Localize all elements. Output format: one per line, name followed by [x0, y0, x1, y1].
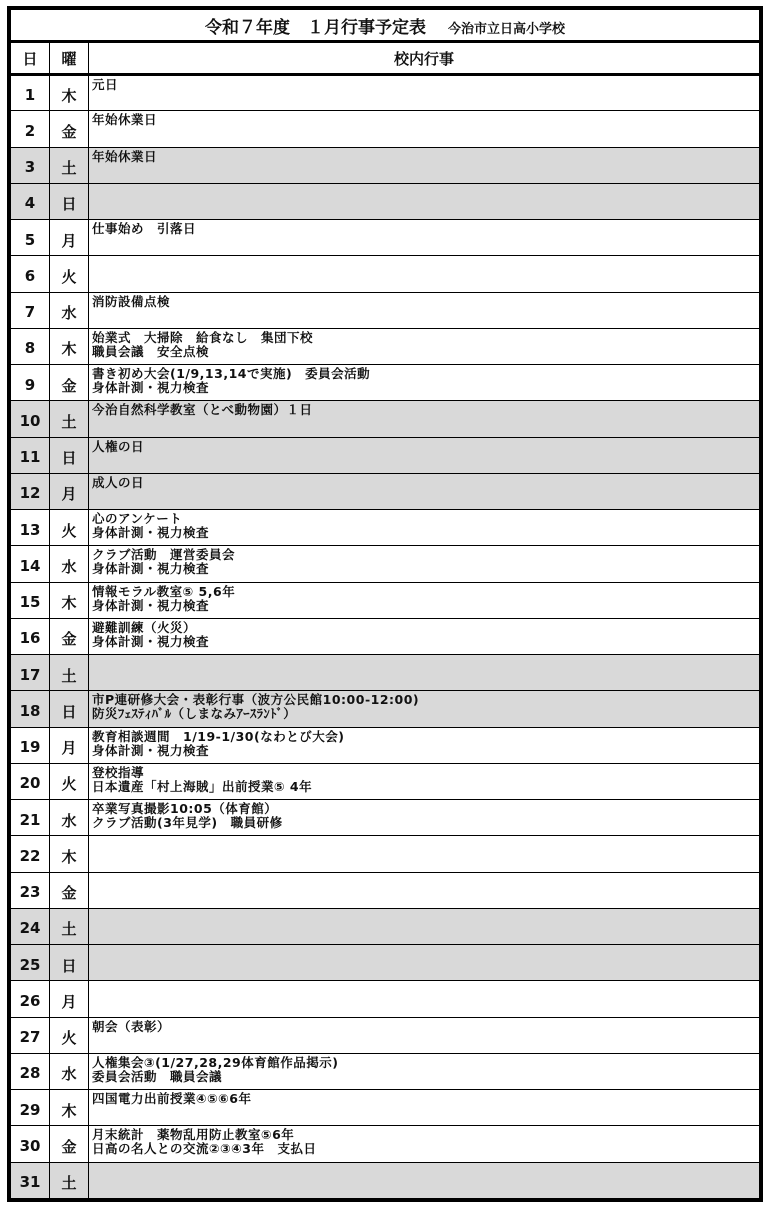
- events-cell: 消防設備点検: [89, 292, 760, 328]
- events-cell: 避難訓練（火災）身体計測・視力検査: [89, 618, 760, 654]
- table-row: 14水クラブ活動 運営委員会身体計測・視力検査: [11, 546, 760, 582]
- table-row: 9金書き初め大会(1/9,13,14で実施) 委員会活動身体計測・視力検査: [11, 365, 760, 401]
- event-line: 登校指導: [92, 766, 759, 780]
- table-row: 1木元日: [11, 75, 760, 111]
- day-number: 18: [11, 691, 50, 727]
- events-cell: [89, 183, 760, 219]
- day-number: 25: [11, 945, 50, 981]
- day-number: 14: [11, 546, 50, 582]
- event-line: クラブ活動 運営委員会: [92, 548, 759, 562]
- events-cell: 書き初め大会(1/9,13,14で実施) 委員会活動身体計測・視力検査: [89, 365, 760, 401]
- day-number: 8: [11, 328, 50, 364]
- events-cell: 朝会（表彰）: [89, 1017, 760, 1053]
- events-cell: 成人の日: [89, 473, 760, 509]
- title-row: 令和７年度 １月行事予定表今治市立日高小学校: [11, 10, 760, 42]
- weekday: 火: [50, 763, 89, 799]
- event-line: 身体計測・視力検査: [92, 635, 759, 649]
- weekday: 木: [50, 328, 89, 364]
- weekday: 木: [50, 75, 89, 111]
- school-name: 今治市立日高小学校: [448, 22, 565, 37]
- weekday: 火: [50, 256, 89, 292]
- event-line: 書き初め大会(1/9,13,14で実施) 委員会活動: [92, 367, 759, 381]
- events-cell: 四国電力出前授業④⑤⑥6年: [89, 1090, 760, 1126]
- event-line: 情報モラル教室⑤ 5,6年: [92, 585, 759, 599]
- weekday: 水: [50, 546, 89, 582]
- day-number: 29: [11, 1090, 50, 1126]
- event-line: 避難訓練（火災）: [92, 621, 759, 635]
- event-line: クラブ活動(3年見学) 職員研修: [92, 816, 759, 830]
- table-row: 28水人権集会③(1/27,28,29体育館作品掲示)委員会活動 職員会議: [11, 1053, 760, 1089]
- weekday: 土: [50, 655, 89, 691]
- events-cell: 今治自然科学教室（とべ動物園）１日: [89, 401, 760, 437]
- day-number: 22: [11, 836, 50, 872]
- day-number: 23: [11, 872, 50, 908]
- weekday: 土: [50, 1162, 89, 1198]
- event-line: 人権集会③(1/27,28,29体育館作品掲示): [92, 1056, 759, 1070]
- event-line: 身体計測・視力検査: [92, 744, 759, 758]
- weekday: 月: [50, 727, 89, 763]
- event-line: 卒業写真撮影10:05（体育館）: [92, 802, 759, 816]
- events-cell: 元日: [89, 75, 760, 111]
- table-row: 3土年始休業日: [11, 147, 760, 183]
- day-number: 4: [11, 183, 50, 219]
- event-line: 身体計測・視力検査: [92, 599, 759, 613]
- table-row: 13火心のアンケート身体計測・視力検査: [11, 510, 760, 546]
- header-weekday: 曜: [50, 42, 89, 75]
- table-row: 26月: [11, 981, 760, 1017]
- day-number: 10: [11, 401, 50, 437]
- event-line: 防災ﾌｪｽﾃｨﾊﾞﾙ（しまなみｱｰｽﾗﾝﾄﾞ）: [92, 707, 759, 721]
- event-line: 職員会議 安全点検: [92, 345, 759, 359]
- day-number: 31: [11, 1162, 50, 1198]
- table-row: 8木始業式 大掃除 給食なし 集団下校職員会議 安全点検: [11, 328, 760, 364]
- schedule-table: 令和７年度 １月行事予定表今治市立日高小学校 日 曜 校内行事 1木元日2金年始…: [10, 9, 760, 1199]
- events-cell: 人権の日: [89, 437, 760, 473]
- event-line: 仕事始め 引落日: [92, 222, 759, 236]
- event-line: 年始休業日: [92, 150, 759, 164]
- day-number: 6: [11, 256, 50, 292]
- table-row: 31土: [11, 1162, 760, 1198]
- day-number: 19: [11, 727, 50, 763]
- table-row: 20火登校指導日本遺産「村上海賊」出前授業⑤ 4年: [11, 763, 760, 799]
- event-line: 心のアンケート: [92, 512, 759, 526]
- weekday: 土: [50, 147, 89, 183]
- title-cell: 令和７年度 １月行事予定表今治市立日高小学校: [11, 10, 760, 42]
- day-number: 3: [11, 147, 50, 183]
- events-cell: [89, 1162, 760, 1198]
- weekday: 木: [50, 582, 89, 618]
- day-number: 1: [11, 75, 50, 111]
- event-line: 成人の日: [92, 476, 759, 490]
- events-cell: [89, 945, 760, 981]
- weekday: 金: [50, 1126, 89, 1162]
- events-cell: 情報モラル教室⑤ 5,6年身体計測・視力検査: [89, 582, 760, 618]
- weekday: 木: [50, 1090, 89, 1126]
- event-line: 四国電力出前授業④⑤⑥6年: [92, 1092, 759, 1106]
- weekday: 火: [50, 510, 89, 546]
- event-line: 市P連研修大会・表彰行事（波方公民館10:00-12:00): [92, 693, 759, 707]
- weekday: 金: [50, 872, 89, 908]
- events-cell: 年始休業日: [89, 147, 760, 183]
- weekday: 火: [50, 1017, 89, 1053]
- table-row: 5月仕事始め 引落日: [11, 220, 760, 256]
- weekday: 木: [50, 836, 89, 872]
- table-row: 6火: [11, 256, 760, 292]
- day-number: 28: [11, 1053, 50, 1089]
- events-cell: 卒業写真撮影10:05（体育館）クラブ活動(3年見学) 職員研修: [89, 800, 760, 836]
- event-line: 日高の名人との交流②③④3年 支払日: [92, 1142, 759, 1156]
- header-row: 日 曜 校内行事: [11, 42, 760, 75]
- day-number: 5: [11, 220, 50, 256]
- events-cell: 心のアンケート身体計測・視力検査: [89, 510, 760, 546]
- day-number: 15: [11, 582, 50, 618]
- event-line: 人権の日: [92, 440, 759, 454]
- day-number: 26: [11, 981, 50, 1017]
- table-row: 29木四国電力出前授業④⑤⑥6年: [11, 1090, 760, 1126]
- events-cell: 教育相談週間 1/19-1/30(なわとび大会)身体計測・視力検査: [89, 727, 760, 763]
- table-row: 10土今治自然科学教室（とべ動物園）１日: [11, 401, 760, 437]
- table-row: 27火朝会（表彰）: [11, 1017, 760, 1053]
- events-cell: [89, 256, 760, 292]
- table-row: 23金: [11, 872, 760, 908]
- weekday: 土: [50, 908, 89, 944]
- day-number: 2: [11, 111, 50, 147]
- table-row: 12月成人の日: [11, 473, 760, 509]
- table-row: 22木: [11, 836, 760, 872]
- event-line: 始業式 大掃除 給食なし 集団下校: [92, 331, 759, 345]
- table-row: 25日: [11, 945, 760, 981]
- header-events: 校内行事: [89, 42, 760, 75]
- weekday: 日: [50, 437, 89, 473]
- table-row: 30金月末統計 薬物乱用防止教室⑤6年日高の名人との交流②③④3年 支払日: [11, 1126, 760, 1162]
- weekday: 月: [50, 981, 89, 1017]
- events-cell: [89, 981, 760, 1017]
- weekday: 水: [50, 800, 89, 836]
- weekday: 金: [50, 365, 89, 401]
- table-row: 16金避難訓練（火災）身体計測・視力検査: [11, 618, 760, 654]
- table-row: 17土: [11, 655, 760, 691]
- table-row: 15木情報モラル教室⑤ 5,6年身体計測・視力検査: [11, 582, 760, 618]
- weekday: 金: [50, 111, 89, 147]
- header-day: 日: [11, 42, 50, 75]
- weekday: 月: [50, 220, 89, 256]
- schedule-sheet: 令和７年度 １月行事予定表今治市立日高小学校 日 曜 校内行事 1木元日2金年始…: [7, 6, 763, 1202]
- day-number: 16: [11, 618, 50, 654]
- day-number: 13: [11, 510, 50, 546]
- table-row: 7水消防設備点検: [11, 292, 760, 328]
- day-number: 17: [11, 655, 50, 691]
- events-cell: 登校指導日本遺産「村上海賊」出前授業⑤ 4年: [89, 763, 760, 799]
- event-line: 身体計測・視力検査: [92, 381, 759, 395]
- page-title: 令和７年度 １月行事予定表: [205, 18, 426, 38]
- events-cell: [89, 908, 760, 944]
- day-number: 30: [11, 1126, 50, 1162]
- events-cell: 人権集会③(1/27,28,29体育館作品掲示)委員会活動 職員会議: [89, 1053, 760, 1089]
- weekday: 土: [50, 401, 89, 437]
- weekday: 水: [50, 292, 89, 328]
- event-line: 身体計測・視力検査: [92, 562, 759, 576]
- events-cell: 市P連研修大会・表彰行事（波方公民館10:00-12:00)防災ﾌｪｽﾃｨﾊﾞﾙ…: [89, 691, 760, 727]
- events-cell: 仕事始め 引落日: [89, 220, 760, 256]
- weekday: 水: [50, 1053, 89, 1089]
- event-line: 日本遺産「村上海賊」出前授業⑤ 4年: [92, 780, 759, 794]
- table-row: 18日市P連研修大会・表彰行事（波方公民館10:00-12:00)防災ﾌｪｽﾃｨ…: [11, 691, 760, 727]
- table-row: 2金年始休業日: [11, 111, 760, 147]
- event-line: 消防設備点検: [92, 295, 759, 309]
- event-line: 月末統計 薬物乱用防止教室⑤6年: [92, 1128, 759, 1142]
- event-line: 身体計測・視力検査: [92, 526, 759, 540]
- table-row: 11日人権の日: [11, 437, 760, 473]
- event-line: 年始休業日: [92, 113, 759, 127]
- day-number: 21: [11, 800, 50, 836]
- weekday: 日: [50, 945, 89, 981]
- events-cell: 月末統計 薬物乱用防止教室⑤6年日高の名人との交流②③④3年 支払日: [89, 1126, 760, 1162]
- schedule-body: 1木元日2金年始休業日3土年始休業日4日5月仕事始め 引落日6火7水消防設備点検…: [11, 75, 760, 1199]
- day-number: 9: [11, 365, 50, 401]
- day-number: 12: [11, 473, 50, 509]
- event-line: 教育相談週間 1/19-1/30(なわとび大会): [92, 730, 759, 744]
- day-number: 24: [11, 908, 50, 944]
- weekday: 月: [50, 473, 89, 509]
- weekday: 金: [50, 618, 89, 654]
- event-line: 朝会（表彰）: [92, 1020, 759, 1034]
- day-number: 20: [11, 763, 50, 799]
- day-number: 27: [11, 1017, 50, 1053]
- table-row: 24土: [11, 908, 760, 944]
- events-cell: 始業式 大掃除 給食なし 集団下校職員会議 安全点検: [89, 328, 760, 364]
- event-line: 委員会活動 職員会議: [92, 1070, 759, 1084]
- day-number: 7: [11, 292, 50, 328]
- events-cell: 年始休業日: [89, 111, 760, 147]
- table-row: 19月教育相談週間 1/19-1/30(なわとび大会)身体計測・視力検査: [11, 727, 760, 763]
- table-row: 4日: [11, 183, 760, 219]
- events-cell: [89, 872, 760, 908]
- events-cell: [89, 836, 760, 872]
- events-cell: [89, 655, 760, 691]
- table-row: 21水卒業写真撮影10:05（体育館）クラブ活動(3年見学) 職員研修: [11, 800, 760, 836]
- weekday: 日: [50, 183, 89, 219]
- event-line: 今治自然科学教室（とべ動物園）１日: [92, 403, 759, 417]
- event-line: 元日: [92, 78, 759, 92]
- events-cell: クラブ活動 運営委員会身体計測・視力検査: [89, 546, 760, 582]
- day-number: 11: [11, 437, 50, 473]
- weekday: 日: [50, 691, 89, 727]
